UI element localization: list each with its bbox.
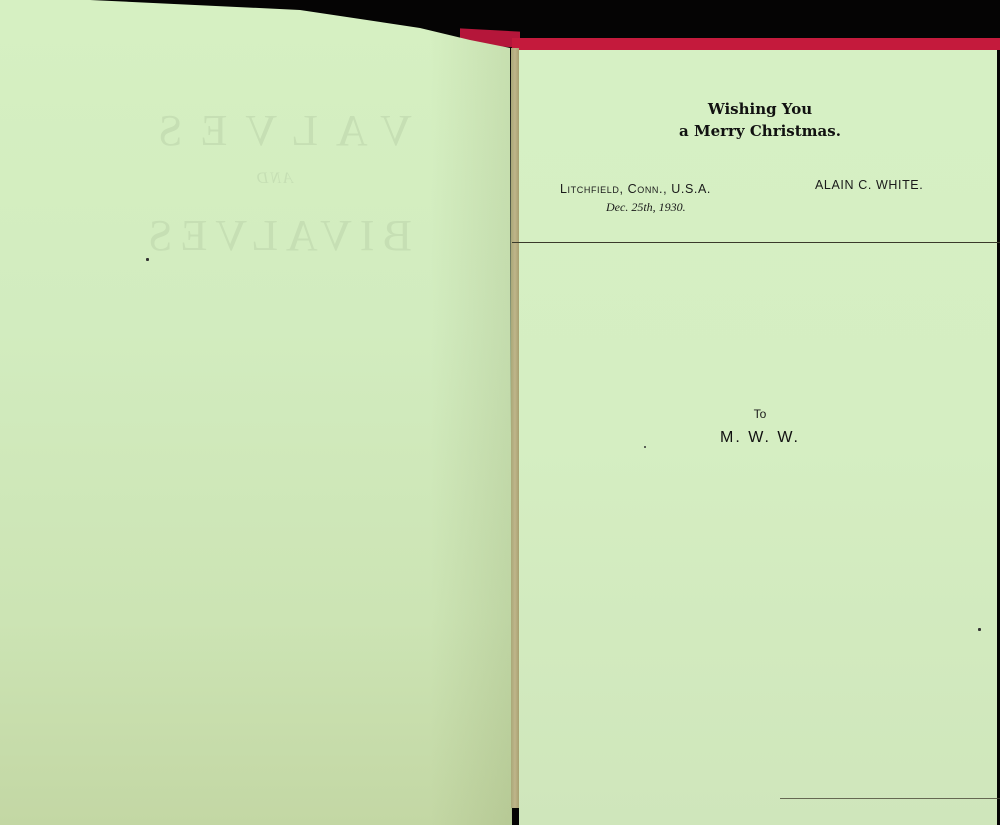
- paper-speck: [978, 628, 981, 631]
- dedication-name: M. W. W.: [690, 429, 830, 447]
- book-spine: [511, 48, 519, 808]
- bleed-through-title-line1: VALVES: [140, 105, 412, 156]
- left-page-gutter-shadow: [430, 0, 512, 825]
- bleed-through-title-line2: AND: [255, 170, 293, 188]
- sender-name: ALAIN C. WHITE.: [815, 178, 923, 192]
- dedication-to: To: [740, 407, 780, 421]
- paper-speck: [644, 446, 646, 448]
- greeting-line-1: Wishing You: [620, 98, 900, 120]
- christmas-greeting: Wishing You a Merry Christmas.: [620, 98, 900, 142]
- greeting-line-2: a Merry Christmas.: [620, 120, 900, 142]
- bottom-divider-line: [780, 798, 1000, 799]
- sender-location: Litchfield, Conn., U.S.A.: [560, 182, 711, 196]
- bleed-through-title-line3: BIVALVES: [140, 210, 412, 261]
- cover-edge-right: [512, 38, 1000, 50]
- paper-speck: [146, 258, 149, 261]
- book-spread: VALVES AND BIVALVES Wishing You a Merry …: [0, 0, 1000, 825]
- card-date: Dec. 25th, 1930.: [606, 200, 686, 215]
- card-divider-line: [512, 242, 1000, 243]
